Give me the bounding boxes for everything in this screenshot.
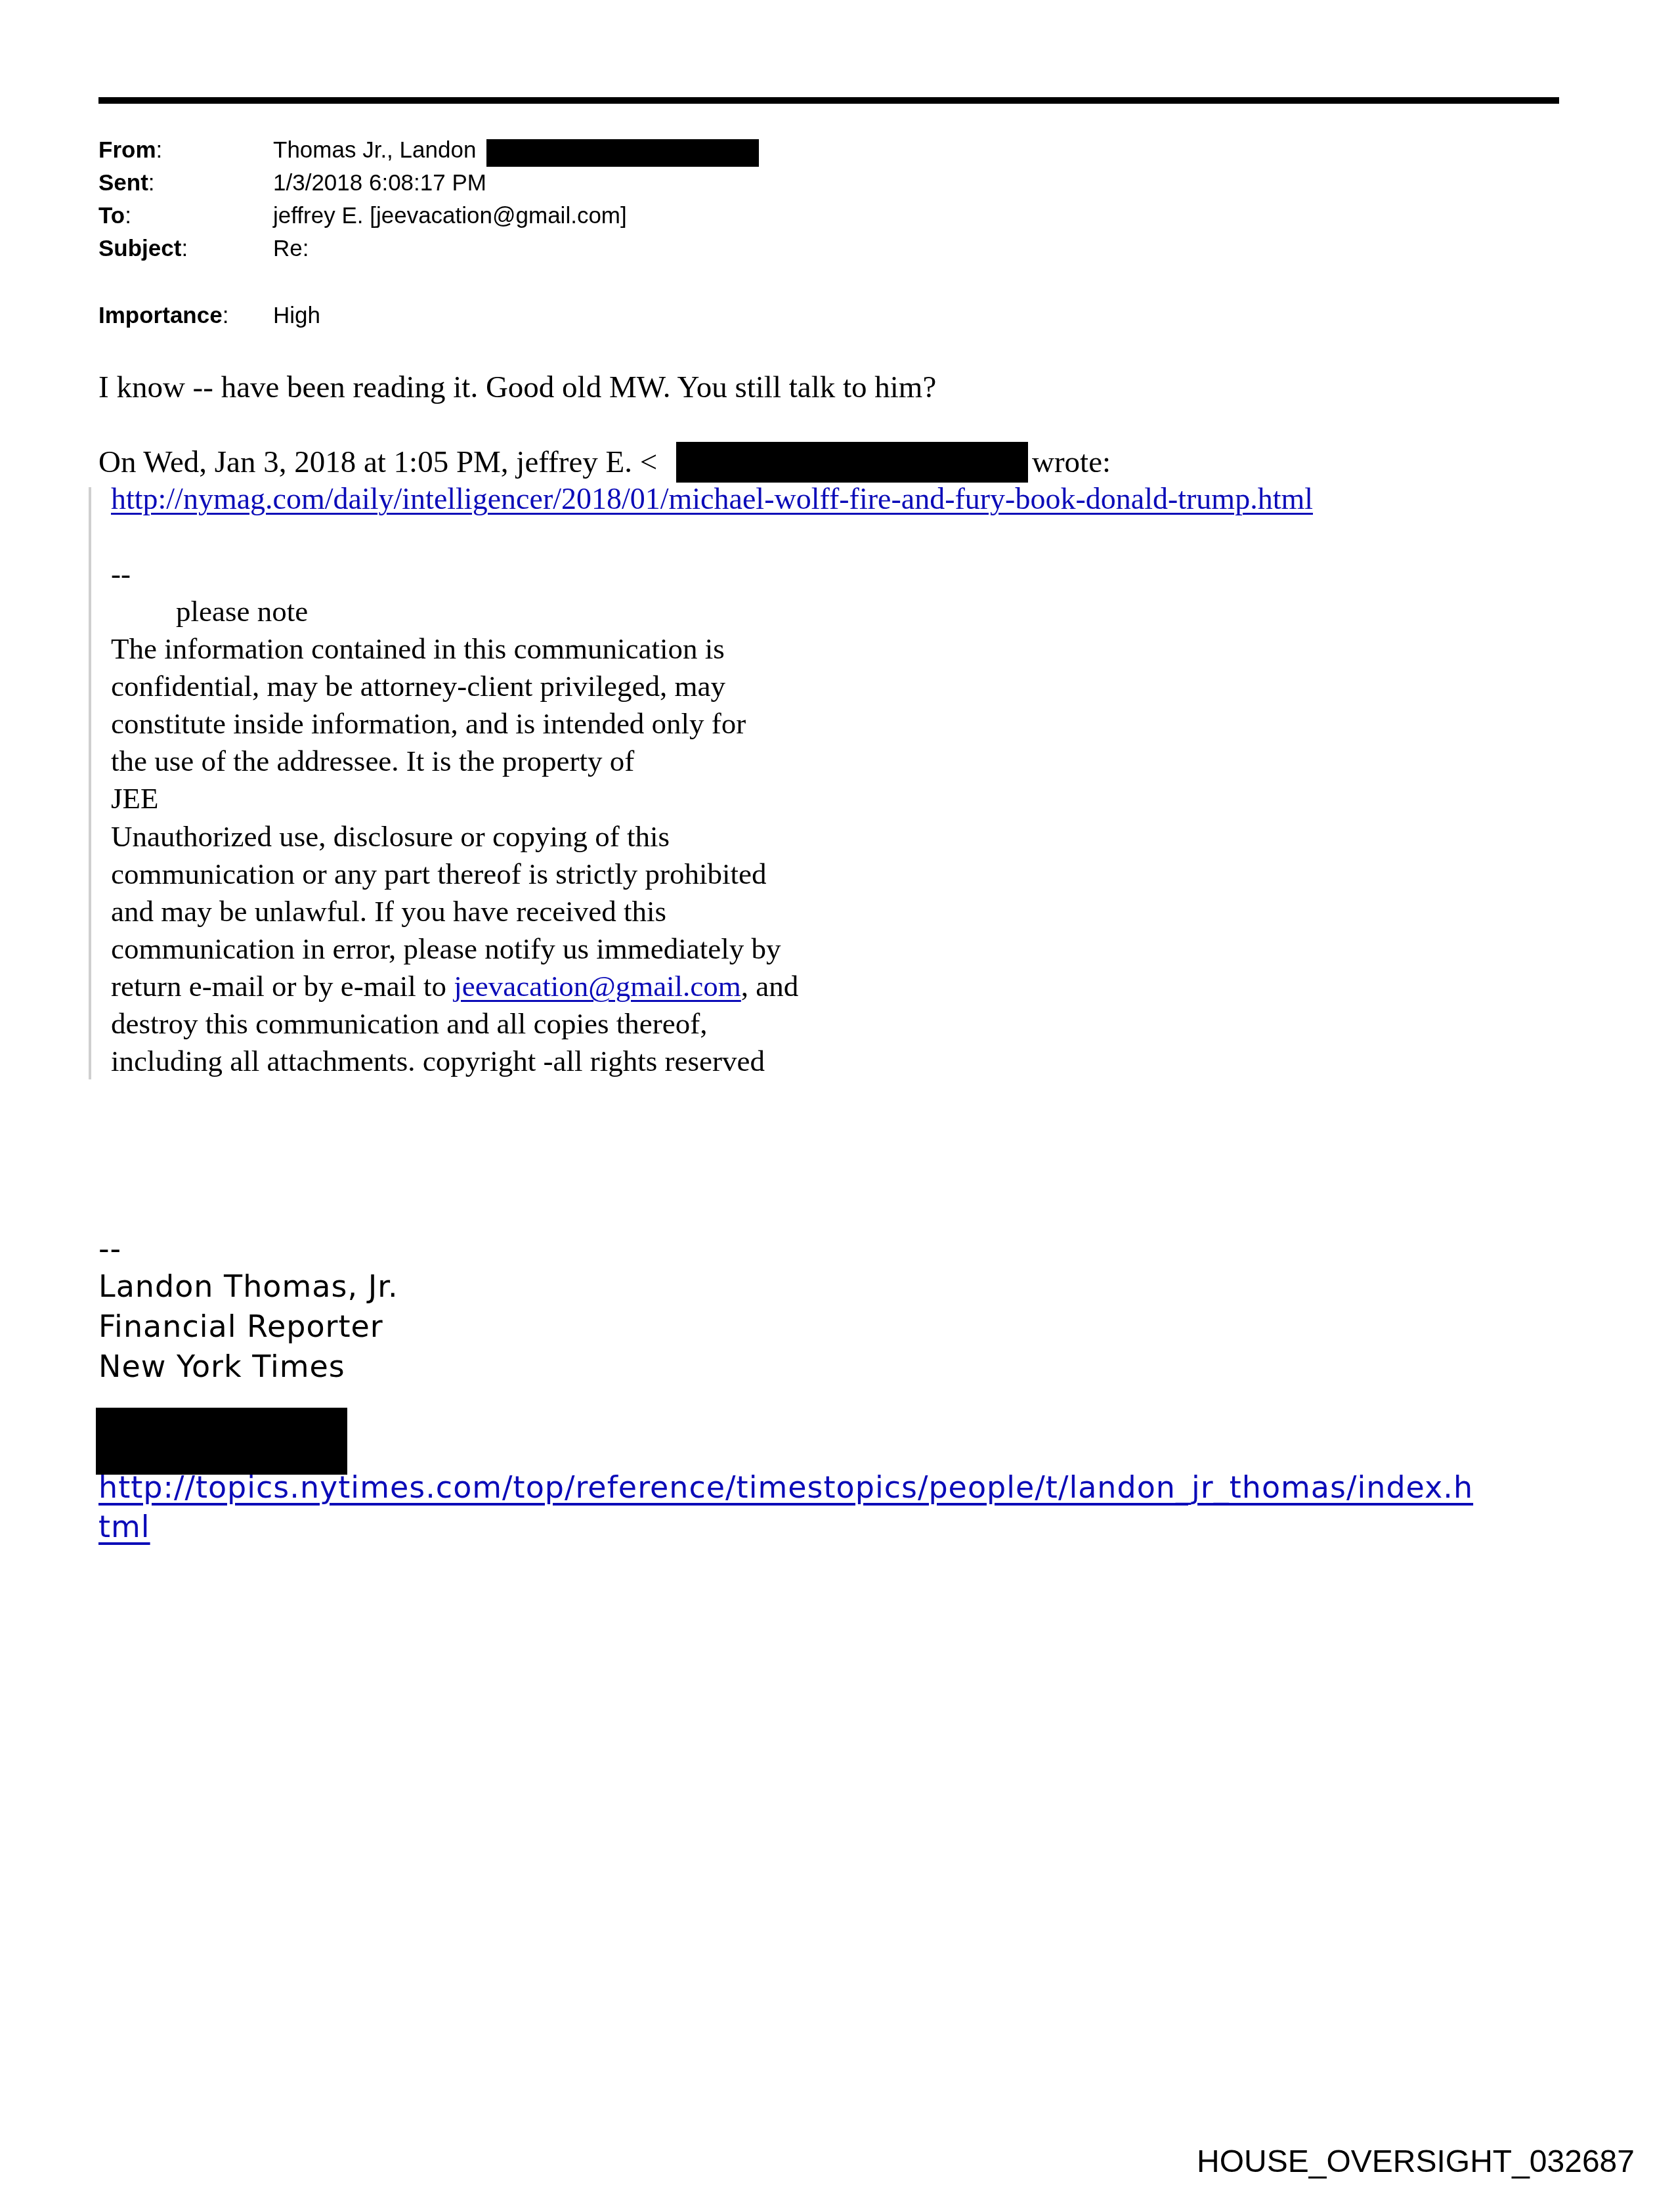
please-note: please note: [176, 594, 308, 628]
attribution-suffix: wrote:: [1032, 445, 1111, 480]
nymag-link[interactable]: http://nymag.com/daily/intelligencer/201…: [111, 481, 1313, 516]
signature-organization: New York Times: [98, 1349, 345, 1384]
email-link[interactable]: jeevacation@gmail.com: [454, 970, 741, 1003]
message-body: I know -- have been reading it. Good old…: [98, 370, 936, 405]
nytimes-profile-link-line1[interactable]: http://topics.nytimes.com/top/reference/…: [98, 1469, 1473, 1505]
top-rule: [98, 97, 1559, 104]
disclaimer-line: destroy this communication and all copie…: [111, 1007, 708, 1041]
sent-label: Sent:: [98, 169, 155, 197]
disclaimer-line: The information contained in this commun…: [111, 632, 725, 666]
email-line-suffix: , and: [741, 970, 798, 1003]
from-label: From:: [98, 137, 162, 164]
disclaimer-line: communication in error, please notify us…: [111, 932, 781, 966]
bates-number: HOUSE_OVERSIGHT_032687: [1197, 2144, 1635, 2180]
subject-value: Re:: [273, 235, 309, 263]
to-value: jeffrey E. [jeevacation@gmail.com]: [273, 202, 627, 230]
disclaimer-line: the use of the addressee. It is the prop…: [111, 744, 634, 778]
disclaimer-line: including all attachments. copyright -al…: [111, 1044, 765, 1078]
from-value: Thomas Jr., Landon: [273, 137, 476, 164]
disclaimer-line: and may be unlawful. If you have receive…: [111, 894, 666, 928]
quote-attribution: On Wed, Jan 3, 2018 at 1:05 PM, jeffrey …: [98, 445, 657, 480]
signature-separator: --: [98, 1231, 121, 1267]
redaction-block: [96, 1408, 347, 1475]
to-label: To:: [98, 202, 131, 230]
disclaimer-line: confidential, may be attorney-client pri…: [111, 669, 725, 703]
attribution-prefix: On Wed, Jan 3, 2018 at 1:05 PM, jeffrey …: [98, 445, 657, 479]
disclaimer-line: Unauthorized use, disclosure or copying …: [111, 819, 670, 854]
signature-name: Landon Thomas, Jr.: [98, 1269, 398, 1304]
subject-label: Subject:: [98, 235, 188, 263]
redaction-block: [676, 442, 1028, 483]
disclaimer-line: communication or any part thereof is str…: [111, 857, 766, 891]
importance-value: High: [273, 302, 320, 330]
quote-border: [89, 487, 91, 1079]
disclaimer-line: constitute inside information, and is in…: [111, 706, 746, 741]
signature-title: Financial Reporter: [98, 1309, 383, 1344]
quote-separator: --: [111, 557, 131, 591]
disclaimer-email-line: return e-mail or by e-mail to jeevacatio…: [111, 969, 798, 1003]
nytimes-profile-link-line2[interactable]: tml: [98, 1509, 150, 1544]
disclaimer-line: JEE: [111, 781, 159, 815]
sent-value: 1/3/2018 6:08:17 PM: [273, 169, 486, 197]
redaction-block: [486, 139, 759, 167]
email-line-prefix: return e-mail or by e-mail to: [111, 970, 454, 1003]
importance-label: Importance:: [98, 302, 228, 330]
